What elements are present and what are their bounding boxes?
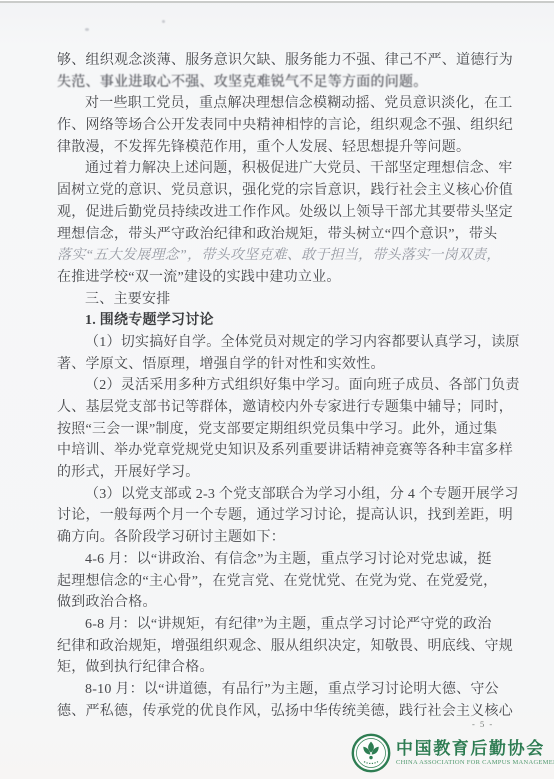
document-line: 人、基层党支部书记等群体，邀请校内外专家进行专题集中辅导；同时， [57, 397, 501, 419]
document-body: 够、组织观念淡薄、服务意识欠缺、服务能力不强、律己不严、道德行为失范、事业进取心… [57, 50, 501, 722]
association-logo-icon [351, 733, 391, 773]
document-line: 纪律和政治规矩，增强组织观念、服从组织决定，知敬畏、明底线、守规 [57, 636, 501, 658]
document-line: 著、学原文、悟原理，增强自学的针对性和实效性。 [57, 354, 501, 376]
document-line: 讨论，一般每两个月一个专题，通过学习讨论，提高认识，找到差距，明 [57, 505, 501, 527]
page-number: - 5 - [472, 719, 494, 729]
document-line: 矩，做到执行纪律合格。 [57, 657, 501, 679]
association-name-cn: 中国教育后勤协会 [396, 739, 554, 758]
document-line: 作、网络等场合公开发表同中央精神相悖的言论，组织观念不强、组织纪 [57, 115, 501, 137]
document-line: （1）切实搞好自学。全体党员对规定的学习内容都要认真学习，读原 [57, 332, 501, 354]
scan-edge-line [0, 1, 554, 3]
scan-speck [85, 28, 89, 31]
document-line: 固树立党的意识、党员意识，强化党的宗旨意识，践行社会主义核心价值 [57, 180, 501, 202]
document-line: 理想信念，带头严守政治纪律和政治规矩，带头树立“四个意识”，带头 [57, 224, 501, 246]
document-line: 确方向。各阶段学习研讨主题如下： [57, 527, 501, 549]
document-line: 6-8 月：以“讲规矩，有纪律”为主题，重点学习讨论严守党的政治 [57, 614, 501, 636]
document-line: 中培训、举办党章党规党史知识及系列重要讲话精神竞赛等各种丰富多样 [57, 440, 501, 462]
document-line: 做到政治合格。 [57, 592, 501, 614]
document-line: 在推进学校“双一流”建设的实践中建功立业。 [57, 267, 501, 289]
document-line: 起理想信念的“主心骨”，在党言党、在党忧党、在党为党、在党爱党， [57, 571, 501, 593]
document-line: 的形式，开展好学习。 [57, 462, 501, 484]
document-line: 够、组织观念淡薄、服务意识欠缺、服务能力不强、律己不严、道德行为 [57, 50, 501, 72]
document-line: 对一些职工党员，重点解决理想信念模糊动摇、党员意识淡化，在工 [57, 93, 501, 115]
association-name-block: 中国教育后勤协会 CHINA ASSOCIATION FOR CAMPUS MA… [396, 739, 554, 767]
association-name-en: CHINA ASSOCIATION FOR CAMPUS MANAGEMENT [396, 759, 554, 767]
document-line: 4-6 月：以“讲政治、有信念”为主题，重点学习讨论对党忠诚，挺 [57, 549, 501, 571]
document-line: （2）灵活采用多种方式组织好集中学习。面向班子成员、各部门负责 [57, 375, 501, 397]
scan-speck [162, 20, 165, 23]
document-line: 律散漫，不发挥先锋模范作用，重个人发展、轻思想提升等问题。 [57, 137, 501, 159]
document-line: 德、严私德，传承党的优良作风，弘扬中华传统美德，践行社会主义核心 [57, 701, 501, 723]
document-line: 8-10 月：以“讲道德，有品行”为主题，重点学习讨论明大德、守公 [57, 679, 501, 701]
document-line: 1. 围绕专题学习讨论 [57, 310, 501, 332]
document-line: 失范、事业进取心不强、攻坚克难锐气不足等方面的问题。 [57, 72, 501, 94]
document-line: 落实“五大发展理念”，带头攻坚克难、敢于担当，带头落实一岗双责， [57, 245, 501, 267]
document-line: 通过着力解决上述问题，积极促进广大党员、干部坚定理想信念、牢 [57, 158, 501, 180]
document-line: 按照“三会一课”制度，党支部要定期组织党员集中学习。此外，通过集 [57, 419, 501, 441]
document-line: 观，促进后勤党员持续改进工作作风。处级以上领导干部尤其要带头坚定 [57, 202, 501, 224]
document-line: （3）以党支部或 2-3 个党支部联合为学习小组，分 4 个专题开展学习 [57, 484, 501, 506]
association-footer: 中国教育后勤协会 CHINA ASSOCIATION FOR CAMPUS MA… [351, 733, 554, 773]
scanned-document-page: 够、组织观念淡薄、服务意识欠缺、服务能力不强、律己不严、道德行为失范、事业进取心… [0, 0, 554, 779]
document-line: 三、主要安排 [57, 289, 501, 311]
